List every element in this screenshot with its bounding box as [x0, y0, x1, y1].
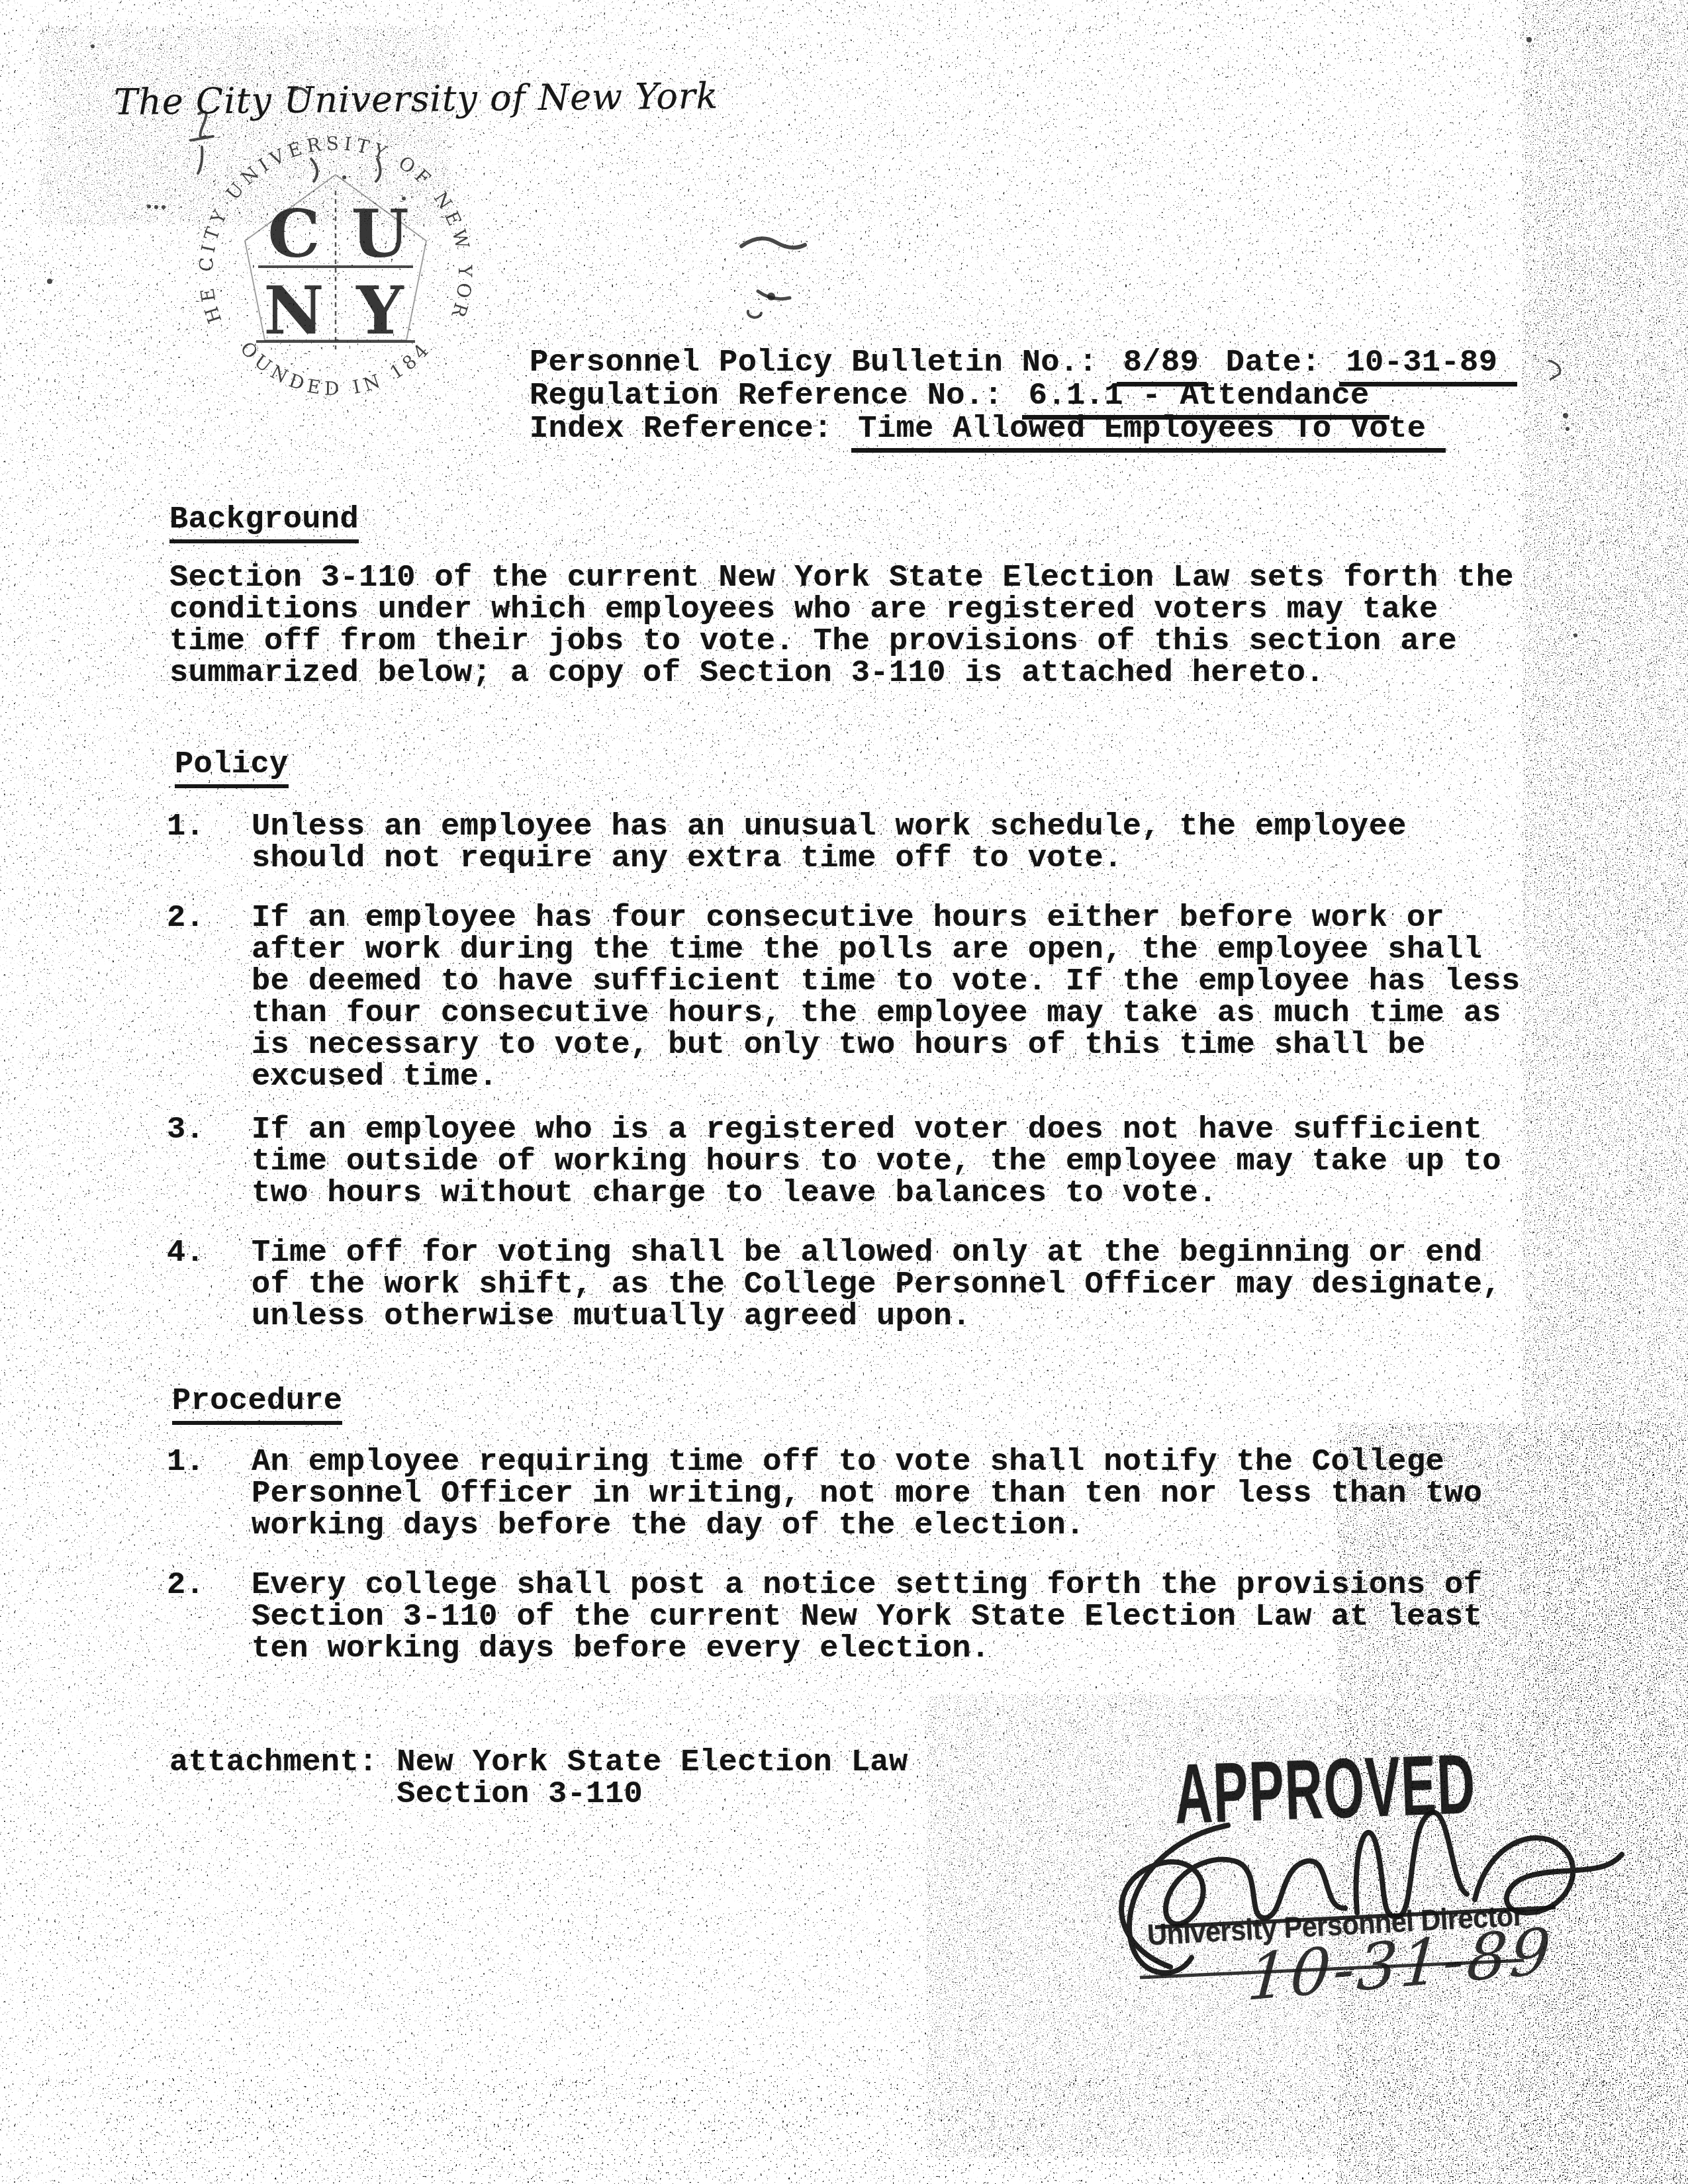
procedure-item-1-text: An employee requiring time off to vote s…	[252, 1447, 1482, 1542]
procedure-item-2-number: 2.	[167, 1570, 205, 1602]
index-reference-label: Index Reference:	[530, 412, 833, 447]
regulation-reference-label: Regulation Reference No.:	[530, 379, 1003, 414]
seal-monogram-u: U	[351, 195, 408, 273]
letterhead-university-name: The City University of New York	[114, 76, 719, 122]
index-reference-value: Time Allowed Employees To Vote	[851, 412, 1446, 453]
signature-stroke-mid	[1356, 1812, 1467, 1917]
seal-monogram-y: Y	[355, 271, 404, 349]
procedure-heading: Procedure	[172, 1386, 342, 1425]
seal-monogram-c: C	[267, 195, 320, 273]
date-label: Date:	[1226, 345, 1321, 381]
policy-item-1-text: Unless an employee has an unusual work s…	[252, 811, 1407, 875]
bulletin-number-label: Personnel Policy Bulletin No.:	[530, 345, 1098, 381]
policy-item-1-number: 1.	[167, 811, 205, 843]
index-reference-line: Index Reference: Time Allowed Employees …	[530, 413, 1517, 446]
seal-monogram-n: N	[263, 271, 324, 349]
procedure-item-2-text: Every college shall post a notice settin…	[252, 1570, 1482, 1665]
cuny-seal-icon: THE CITY UNIVERSITY OF NEW YORK · FOUNDE…	[193, 130, 478, 414]
policy-item-4-text: Time off for voting shall be allowed onl…	[252, 1238, 1501, 1333]
policy-item-2-number: 2.	[167, 903, 205, 934]
attachment-note: attachment: New York State Election Law …	[169, 1747, 908, 1811]
svg-text:THE CITY UNIVERSITY OF NEW YOR: THE CITY UNIVERSITY OF NEW YORK	[193, 130, 476, 326]
seal-ring-top-text: THE CITY UNIVERSITY OF NEW YORK	[193, 130, 476, 326]
background-paragraph: Section 3-110 of the current New York St…	[169, 563, 1514, 690]
policy-item-3-number: 3.	[167, 1115, 205, 1146]
procedure-item-1-number: 1.	[167, 1447, 205, 1479]
policy-item-2-text: If an employee has four consecutive hour…	[252, 903, 1521, 1093]
bulletin-number-line: Personnel Policy Bulletin No.: 8/89 Date…	[530, 347, 1517, 380]
approval-signature	[1092, 1747, 1688, 2052]
background-heading: Background	[169, 504, 359, 543]
bulletin-header: Personnel Policy Bulletin No.: 8/89 Date…	[530, 347, 1517, 446]
regulation-reference-line: Regulation Reference No.: 6.1.1 - Attend…	[530, 380, 1517, 413]
policy-heading: Policy	[175, 749, 289, 788]
policy-item-4-number: 4.	[167, 1238, 205, 1269]
policy-item-3-text: If an employee who is a registered voter…	[252, 1115, 1501, 1210]
document-page: The City University of New York THE CITY…	[0, 0, 1688, 2184]
